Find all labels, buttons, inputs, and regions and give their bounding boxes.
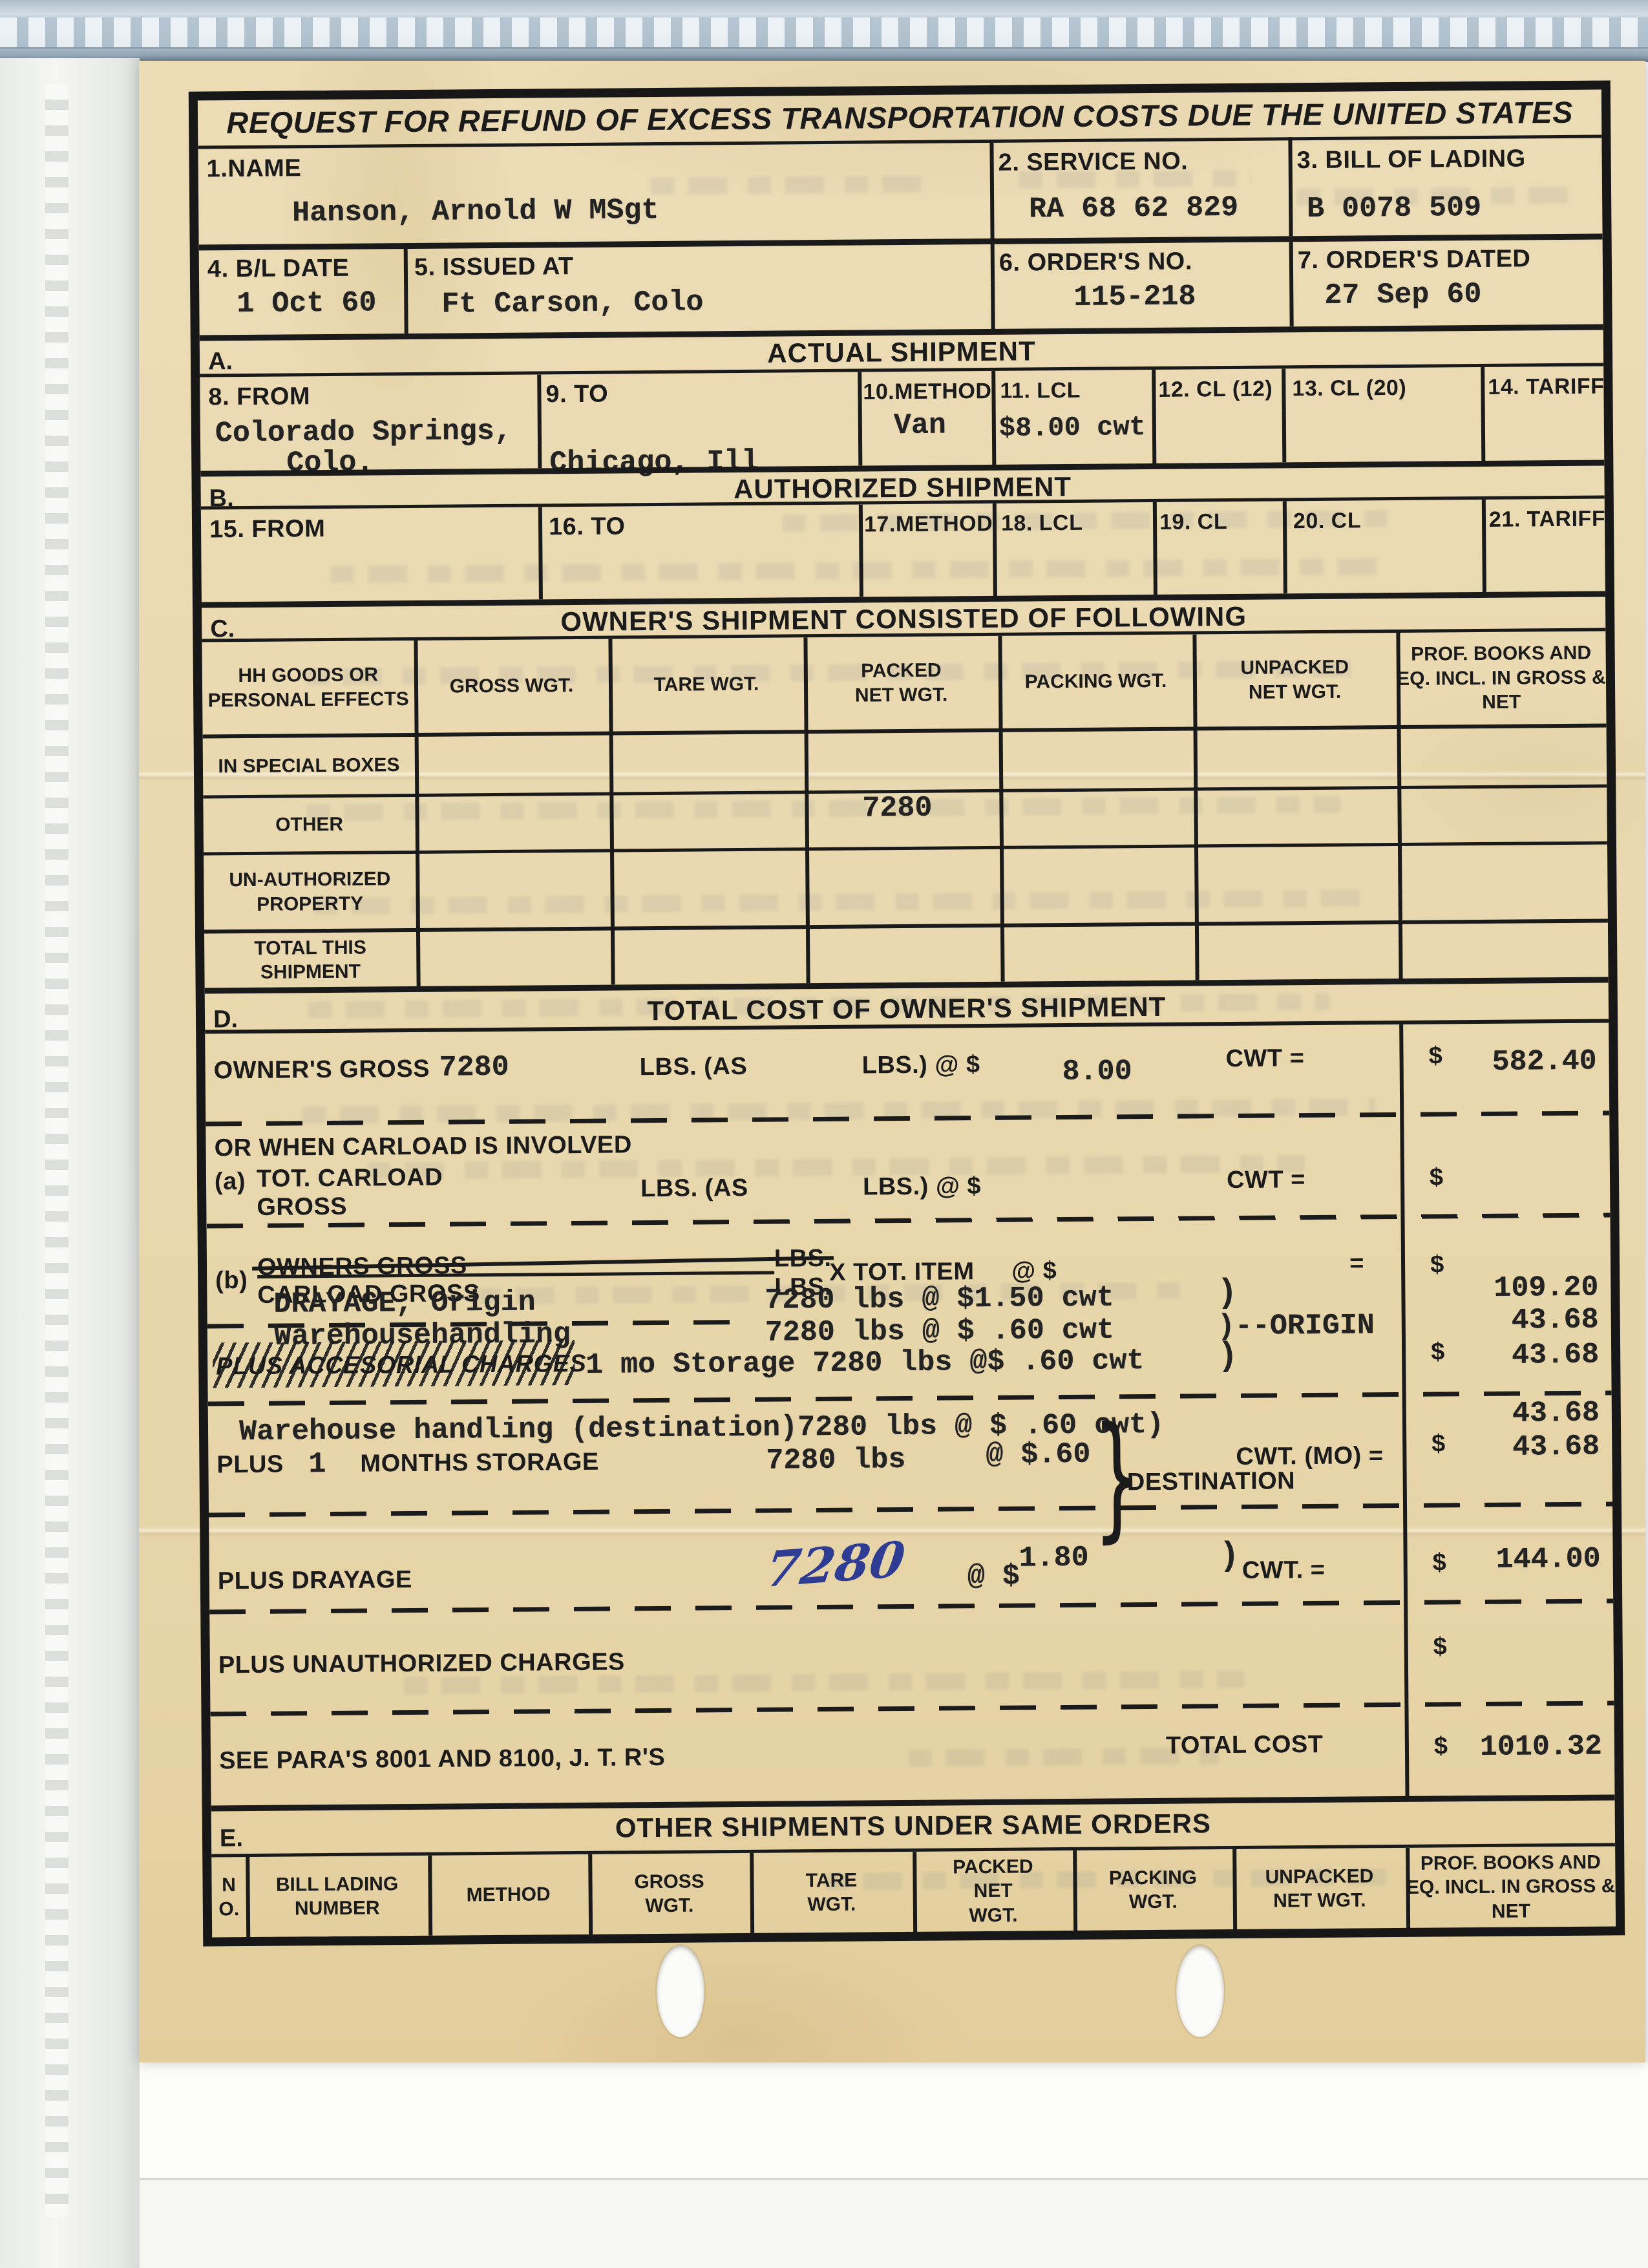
d-carload-note: OR WHEN CARLOAD IS INVOLVED: [214, 1131, 631, 1162]
e-col-method: METHOD: [428, 1854, 589, 1936]
c-col-goods: HH GOODS OR PERSONAL EFFECTS: [202, 641, 414, 735]
d-row-a-dollar: $: [1430, 1163, 1444, 1191]
d-warehouse-dest-amount: 43.68: [1457, 1397, 1600, 1431]
dashed-divider: [208, 1390, 1612, 1406]
e-col-packed: PACKED NET WGT.: [913, 1850, 1073, 1932]
c-col-prof: PROF. BOOKS AND EQ. INCL. IN GROSS & NET: [1396, 631, 1606, 725]
section-e-heading: OTHER SHIPMENTS UNDER SAME ORDERS: [211, 1805, 1615, 1847]
punch-hole: [1176, 1945, 1224, 2037]
d-accessorial-typed: 1 mo Storage 7280 lbs @$ .60 cwt: [586, 1344, 1145, 1382]
sheet-protector-zipper-pattern: [0, 16, 1648, 49]
d-row-a-label2: GROSS: [257, 1193, 347, 1222]
a-method-value: Van: [894, 408, 946, 442]
refund-form: REQUEST FOR REFUND OF EXCESS TRANSPORTAT…: [189, 80, 1625, 1946]
c-row-special-boxes: IN SPECIAL BOXES: [203, 737, 416, 796]
d-warehouse-origin-paren: )--ORIGIN: [1218, 1309, 1375, 1343]
c-col-packing: PACKING WGT.: [998, 635, 1193, 728]
grid-line: [1399, 1024, 1409, 1796]
d-storage-dollar: $: [1431, 1430, 1446, 1457]
b-lcl-label: 18. LCL: [1001, 511, 1083, 536]
punch-hole: [657, 1945, 704, 2037]
d-row-a-lbs-as: LBS. (AS: [640, 1174, 748, 1203]
c-other-packed-net-value: 7280: [862, 792, 932, 825]
grid-line: [537, 374, 542, 468]
backing-sheet: [140, 2062, 1648, 2178]
e-col-tare: TARE WGT.: [750, 1852, 913, 1933]
d-row-a-lbs-at: LBS.) @ $: [863, 1172, 981, 1201]
grid-line: [859, 505, 863, 597]
d-total-note: SEE PARA'S 8001 AND 8100, J. T. R'S: [219, 1744, 666, 1775]
grid-line: [989, 140, 994, 238]
d-accessorial-amount: 43.68: [1457, 1339, 1599, 1373]
field-service-value: RA 68 62 829: [1029, 191, 1238, 226]
backing-sheet-lower: [140, 2178, 1648, 2268]
d-drayage-origin-calc: 7280 lbs @ $1.50 cwt: [765, 1281, 1114, 1317]
d-drayage-origin-amount: 109.20: [1456, 1271, 1598, 1306]
d-accessorial-dollar: $: [1431, 1338, 1445, 1366]
d-lbs-at-label: LBS.) @ $: [861, 1051, 980, 1079]
d-destination-tag: -DESTINATION: [1119, 1467, 1296, 1496]
d-drayage-dest-rate: 1.80: [1019, 1542, 1088, 1575]
a-from-value-1: Colorado Springs,: [215, 415, 512, 450]
d-row-b-dollar: $: [1430, 1251, 1444, 1278]
d-storage-rate: @ $.60: [986, 1438, 1090, 1472]
c-col-unpacked: UNPACKED NET WGT.: [1192, 633, 1397, 726]
hatch-strike-overlay: [213, 1340, 575, 1388]
grid-line: [1288, 137, 1293, 236]
grid-line: [1406, 1848, 1410, 1928]
a-lcl-value: $8.00 cwt: [999, 412, 1146, 444]
a-cl20-label: 13. CL (20): [1292, 376, 1406, 401]
d-warehouse-origin-amount: 43.68: [1457, 1304, 1599, 1338]
d-warehouse-origin-calc: 7280 lbs @ $ .60 cwt: [765, 1313, 1114, 1349]
form-paper: REQUEST FOR REFUND OF EXCESS TRANSPORTAT…: [139, 61, 1645, 2062]
d-drayage-dest-at: @ $: [967, 1560, 1020, 1594]
d-drayage-dest-cwt: CWT. =: [1242, 1556, 1326, 1585]
grid-line: [1153, 502, 1157, 595]
sheet-protector-left-edge: [0, 58, 140, 2268]
d-owners-gross-label: OWNER'S GROSS: [213, 1055, 430, 1085]
d-row-b-at: @ $: [1011, 1257, 1057, 1286]
a-to-label: 9. TO: [545, 381, 608, 409]
dashed-divider: [209, 1501, 1612, 1517]
d-storage-cwt: CWT. (MO) =: [1236, 1442, 1384, 1471]
d-drayage-origin-label: DRAYAGE, Origin: [273, 1286, 535, 1321]
d-row-a-prefix: (a): [215, 1168, 246, 1196]
d-cwt-label: CWT =: [1225, 1044, 1304, 1073]
b-method-label: 17.METHOD: [864, 511, 993, 538]
c-col-tare: TARE WGT.: [608, 637, 804, 731]
grid-line: [991, 371, 996, 465]
field-ordersdated-label: 7. ORDER'S DATED: [1298, 245, 1531, 275]
dashed-divider: [210, 1701, 1614, 1716]
d-total-amount: 1010.32: [1460, 1730, 1602, 1765]
c-row-unauthorized: UN-AUTHORIZED PROPERTY: [204, 854, 416, 930]
scanned-document-page: REQUEST FOR REFUND OF EXCESS TRANSPORTAT…: [0, 0, 1648, 2268]
sheet-protector-binding-pattern: [45, 84, 69, 2217]
d-row-b-prefix: (b): [215, 1267, 248, 1295]
sheet-protector-top-edge: [0, 0, 1648, 62]
grid-line: [1481, 367, 1485, 461]
grid-line: [913, 1852, 917, 1932]
b-cl20-label: 20. CL: [1293, 508, 1361, 534]
grid-line: [1282, 368, 1286, 462]
e-col-gross: GROSS WGT.: [588, 1853, 750, 1934]
grid-line: [538, 507, 543, 599]
c-row-other: OTHER: [203, 797, 416, 853]
handwritten-weight: 7280: [762, 1531, 908, 1598]
field-bldate-label: 4. B/L DATE: [207, 255, 350, 284]
d-drayage-dest-dollar: $: [1433, 1549, 1447, 1576]
grid-line: [588, 1854, 593, 1934]
e-col-bill: BILL LADING NUMBER: [246, 1856, 428, 1937]
d-storage-amount: 43.68: [1457, 1430, 1600, 1465]
c-row-total-shipment: TOTAL THIS SHIPMENT: [204, 932, 417, 988]
field-name-label: 1.NAME: [207, 154, 302, 183]
d-drayage-origin-paren: ): [1217, 1274, 1238, 1312]
grid-line: [750, 1853, 754, 1933]
field-ordersno-value: 115-218: [1073, 280, 1196, 313]
field-lading-value: B 0078 509: [1307, 191, 1481, 226]
e-col-no: N O.: [211, 1857, 246, 1937]
grid-line: [246, 1857, 250, 1937]
d-rate-value: 8.00: [1062, 1055, 1132, 1088]
d-drayage-dest-label: PLUS DRAYAGE: [218, 1566, 412, 1595]
e-col-packing: PACKING WGT.: [1073, 1849, 1233, 1931]
a-method-label: 10.METHOD: [863, 379, 991, 405]
b-from-label: 15. FROM: [209, 515, 326, 544]
grid-line: [991, 244, 995, 329]
c-col-gross: GROSS WGT.: [414, 639, 609, 733]
a-cl12-label: 12. CL (12): [1158, 377, 1273, 403]
d-storage-label: MONTHS STORAGE: [360, 1448, 599, 1478]
d-drayage-dest-paren: ): [1219, 1537, 1240, 1575]
d-accessorial-paren: ): [1218, 1337, 1238, 1375]
d-row1-amount: 582.40: [1454, 1045, 1596, 1079]
d-storage-months-value: 1: [308, 1448, 326, 1481]
d-lbs-as-label: LBS. (AS: [639, 1053, 747, 1081]
d-drayage-dest-amount: 144.00: [1458, 1543, 1600, 1577]
field-bldate-value: 1 Oct 60: [237, 286, 376, 321]
d-row-b-equals: =: [1349, 1249, 1364, 1277]
grid-line: [1232, 1849, 1237, 1929]
e-col-prof: PROF. BOOKS AND EQ. INCL. IN GROSS & NET: [1406, 1846, 1616, 1928]
grid-line: [1152, 370, 1156, 463]
a-lcl-label: 11. LCL: [1000, 378, 1081, 404]
d-unauthorized-label: PLUS UNAUTHORIZED CHARGES: [218, 1648, 625, 1679]
grid-line: [993, 503, 997, 596]
field-ordersno-label: 6. ORDER'S NO.: [999, 248, 1192, 277]
b-to-label: 16. TO: [549, 513, 626, 541]
field-issued-label: 5. ISSUED AT: [414, 253, 574, 282]
field-ordersdated-value: 27 Sep 60: [1324, 278, 1481, 312]
field-lading-label: 3. BILL OF LADING: [1296, 145, 1525, 175]
field-service-label: 2. SERVICE NO.: [998, 148, 1188, 177]
a-tariff-label: 14. TARIFF: [1488, 374, 1604, 399]
grid-line: [428, 1856, 432, 1936]
d-row-a-cwt: CWT =: [1227, 1166, 1305, 1194]
d-unauthorized-dollar: $: [1433, 1633, 1448, 1660]
grid-line: [1482, 500, 1486, 592]
d-owners-gross-weight: 7280: [439, 1051, 509, 1085]
grid-line: [404, 249, 408, 334]
grid-line: [858, 372, 862, 466]
grid-line: [1073, 1850, 1077, 1931]
dashed-divider: [209, 1598, 1613, 1614]
c-col-packed: PACKED NET WGT.: [803, 636, 998, 730]
d-storage-plus: PLUS: [217, 1451, 284, 1479]
d-storage-calc: 7280 lbs: [766, 1443, 905, 1478]
d-total-dollar: $: [1434, 1732, 1448, 1760]
b-cl19-label: 19. CL: [1159, 509, 1227, 535]
a-from-label: 8. FROM: [208, 383, 310, 411]
d-row-a-label1: TOT. CARLOAD: [257, 1164, 443, 1193]
grid-line: [1283, 501, 1287, 593]
e-col-unpacked: UNPACKED NET WGT.: [1232, 1848, 1406, 1929]
grid-line: [1289, 242, 1294, 326]
d-dollar-sign: $: [1428, 1042, 1442, 1070]
b-tariff-label: 21. TARIFF: [1489, 506, 1605, 532]
field-name-value: Hanson, Arnold W MSgt: [292, 194, 659, 229]
dashed-divider: [207, 1213, 1611, 1228]
d-total-label: TOTAL COST: [1166, 1731, 1324, 1760]
field-issued-value: Ft Carson, Colo: [441, 286, 703, 321]
